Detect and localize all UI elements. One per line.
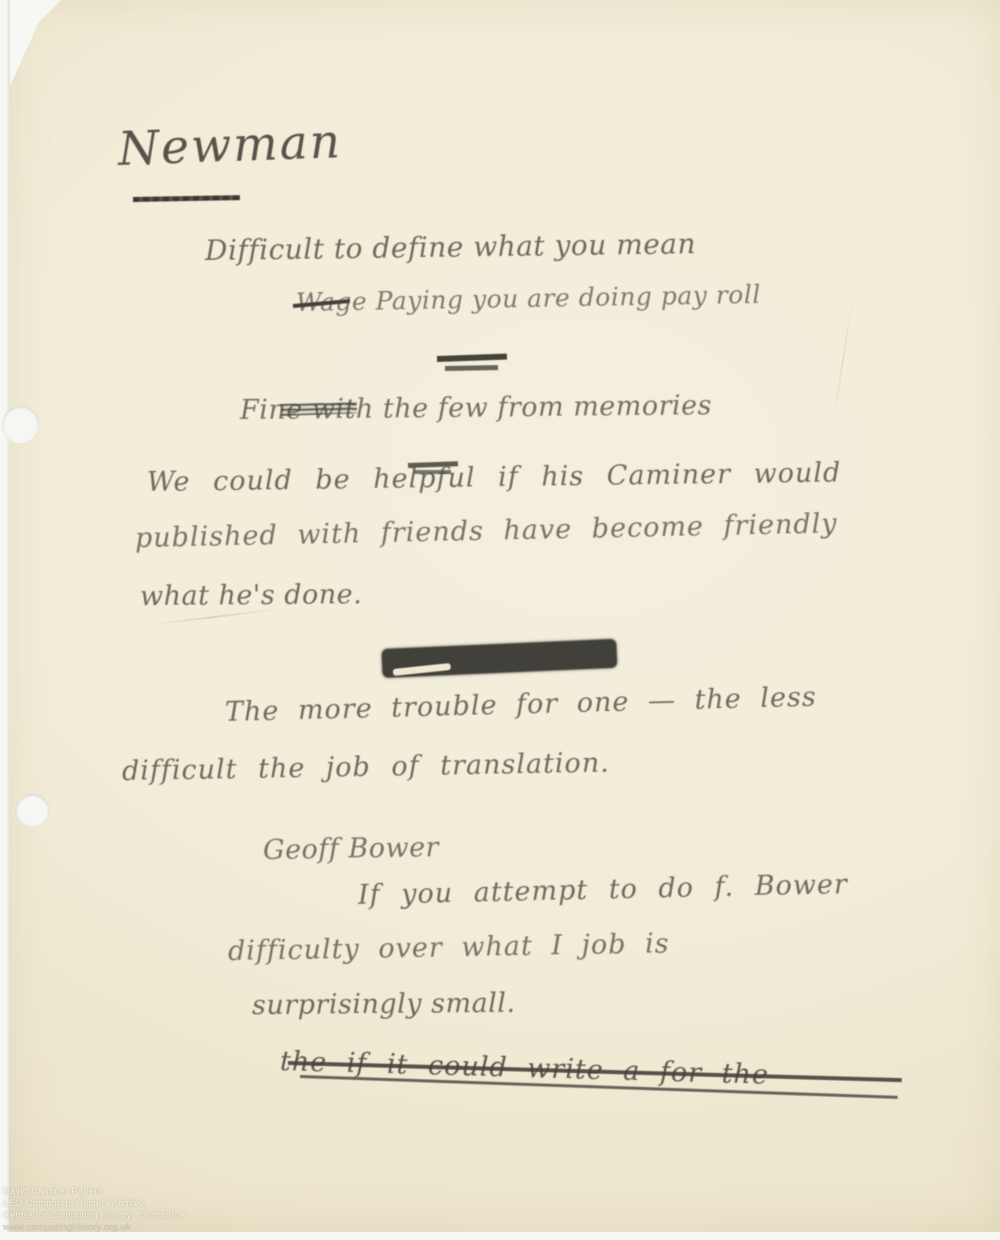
handwritten-line: Difficult to define what you mean <box>205 229 696 267</box>
handwritten-line: Geoff Bower <box>263 833 439 866</box>
paper-sheet <box>9 0 1000 1232</box>
page-title: Newman <box>117 116 343 175</box>
punch-hole <box>2 406 39 444</box>
watermark-line: LEO Computers Society Archive, <box>3 1198 185 1210</box>
watermark-line: Centre for Computing History, Cambridge <box>3 1210 185 1222</box>
handwritten-line: what he's done. <box>140 580 363 612</box>
handwritten-line: surprisingly small. <box>252 989 516 1021</box>
watermark-line: www.computinghistory.org.uk <box>3 1222 185 1234</box>
punch-hole <box>16 794 49 827</box>
scanned-page: Newman Difficult to define what you mean… <box>0 0 1000 1240</box>
watermark-line: David Caminer Papers <box>3 1186 185 1198</box>
archive-watermark: David Caminer Papers LEO Computers Socie… <box>3 1186 185 1234</box>
scribble-mark <box>445 365 498 371</box>
